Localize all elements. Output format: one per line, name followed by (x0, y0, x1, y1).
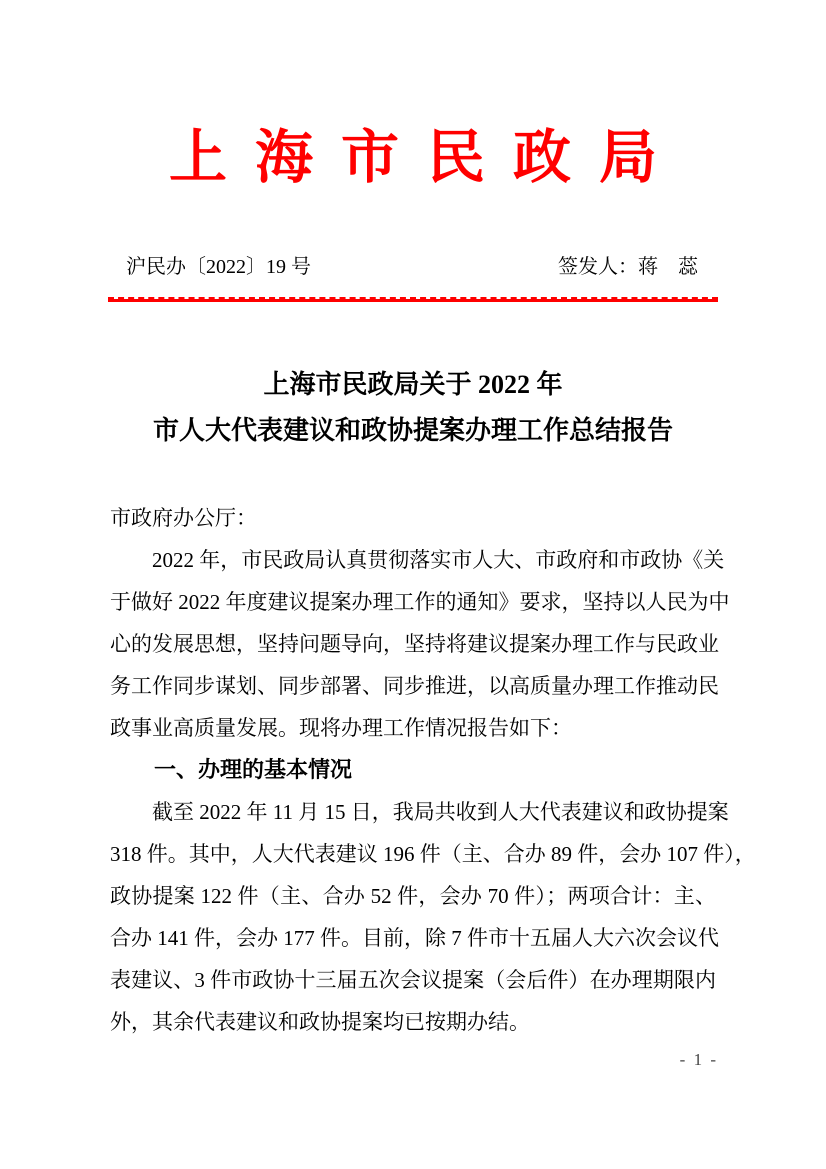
document-body: 市政府办公厅： 2022 年，市民政局认真贯彻落实市人大、市政府和市政协《关 于… (110, 497, 716, 1043)
salutation: 市政府办公厅： (110, 497, 716, 539)
red-separator-solid-bar (108, 299, 718, 302)
body-line: 政协提案 122 件（主、合办 52 件，会办 70 件）；两项合计：主、 (110, 875, 716, 917)
body-line: 于做好 2022 年度建议提案办理工作的通知》要求，坚持以人民为中 (110, 581, 716, 623)
letterhead-org-name: 上海市民政局 (0, 127, 826, 189)
body-line: 务工作同步谋划、同步部署、同步推进，以高质量办理工作推动民 (110, 665, 716, 707)
body-line: 表建议、3 件市政协十三届五次会议提案（会后件）在办理期限内 (110, 959, 716, 1001)
page-number: - 1 - (680, 1050, 718, 1070)
issuer-name: 签发人：蒋 蕊 (558, 253, 698, 281)
body-line: 318 件。其中，人大代表建议 196 件（主、合办 89 件，会办 107 件… (110, 833, 716, 875)
body-line: 外，其余代表建议和政协提案均已按期办结。 (110, 1001, 716, 1043)
red-separator-line (108, 297, 718, 302)
body-line: 2022 年，市民政局认真贯彻落实市人大、市政府和市政协《关 (110, 539, 716, 581)
document-title-line-1: 上海市民政局关于 2022 年 (0, 362, 826, 408)
body-line: 截至 2022 年 11 月 15 日，我局共收到人大代表建议和政协提案 (110, 791, 716, 833)
body-line: 心的发展思想，坚持问题导向，坚持将建议提案办理工作与民政业 (110, 623, 716, 665)
document-title-line-2: 市人大代表建议和政协提案办理工作总结报告 (0, 408, 826, 454)
body-line: 合办 141 件，会办 177 件。目前，除 7 件市十五届人大六次会议代 (110, 917, 716, 959)
section-heading-1: 一、办理的基本情况 (110, 749, 716, 791)
doc-meta-row: 沪民办〔2022〕19 号 签发人：蒋 蕊 (126, 253, 698, 281)
body-line: 政事业高质量发展。现将办理工作情况报告如下： (110, 707, 716, 749)
document-page: 上海市民政局 沪民办〔2022〕19 号 签发人：蒋 蕊 上海市民政局关于 20… (0, 0, 826, 1169)
doc-number: 沪民办〔2022〕19 号 (126, 253, 311, 281)
document-title: 上海市民政局关于 2022 年 市人大代表建议和政协提案办理工作总结报告 (0, 362, 826, 454)
